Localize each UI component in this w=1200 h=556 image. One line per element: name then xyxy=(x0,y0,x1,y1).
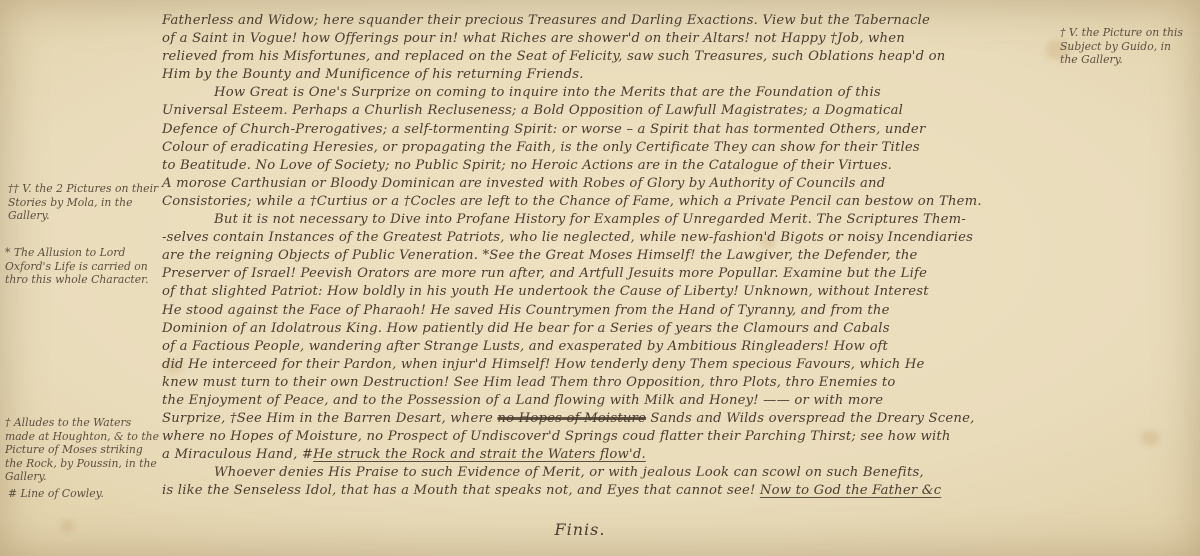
manuscript-page: †† V. the 2 Pictures on their Stories by… xyxy=(0,0,1200,556)
manuscript-line: to Beatitude. No Love of Society; no Pub… xyxy=(162,157,1022,175)
margin-note-mola: †† V. the 2 Pictures on their Stories by… xyxy=(8,182,160,223)
manuscript-line: -selves contain Instances of the Greates… xyxy=(162,229,1022,247)
margin-note-guido: † V. the Picture on this Subject by Guid… xyxy=(1060,26,1192,67)
manuscript-line: relieved from his Misfortunes, and repla… xyxy=(162,48,1022,66)
manuscript-line: He stood against the Face of Pharaoh! He… xyxy=(162,302,1022,320)
manuscript-segment: of a Factious People, wandering after St… xyxy=(162,339,888,354)
manuscript-segment: of a Saint in Vogue! how Offerings pour … xyxy=(162,31,905,46)
manuscript-segment: Whoever denies His Praise to such Eviden… xyxy=(214,465,924,480)
manuscript-segment: Preserver of Israel! Peevish Orators are… xyxy=(162,266,927,281)
manuscript-segment: relieved from his Misfortunes, and repla… xyxy=(162,49,946,64)
foxing-spot xyxy=(60,520,74,532)
manuscript-line: Dominion of an Idolatrous King. How pati… xyxy=(162,320,1022,338)
manuscript-line: of that slighted Patriot: How boldly in … xyxy=(162,283,1022,301)
manuscript-segment: did He interceed for their Pardon, when … xyxy=(162,357,925,372)
manuscript-line: Colour of eradicating Heresies, or propa… xyxy=(162,139,1022,157)
manuscript-segment-struck: no Hopes of Moisture xyxy=(497,411,646,426)
manuscript-segment: A morose Carthusian or Bloody Dominican … xyxy=(162,176,885,191)
manuscript-line: Universal Esteem. Perhaps a Churlish Rec… xyxy=(162,102,1022,120)
margin-note-lord-oxford: * The Allusion to Lord Oxford's Life is … xyxy=(5,246,155,287)
manuscript-segment: where no Hopes of Moisture, no Prospect … xyxy=(162,429,951,444)
manuscript-segment-underline: Now to God the Father &c xyxy=(760,483,941,498)
manuscript-segment: a Miraculous Hand, # xyxy=(162,447,313,462)
manuscript-segment: He stood against the Face of Pharaoh! He… xyxy=(162,303,890,318)
manuscript-line: of a Saint in Vogue! how Offerings pour … xyxy=(162,30,1022,48)
manuscript-line: Defence of Church-Prerogatives; a self-t… xyxy=(162,121,1022,139)
manuscript-segment: Surprize, †See Him in the Barren Desart,… xyxy=(162,411,497,426)
manuscript-segment: of that slighted Patriot: How boldly in … xyxy=(162,284,929,299)
manuscript-segment: are the reigning Objects of Public Vener… xyxy=(162,248,918,263)
manuscript-line: where no Hopes of Moisture, no Prospect … xyxy=(162,428,1022,446)
manuscript-line: But it is not necessary to Dive into Pro… xyxy=(162,211,1022,229)
main-text: Fatherless and Widow; here squander thei… xyxy=(162,12,1022,501)
manuscript-segment: Dominion of an Idolatrous King. How pati… xyxy=(162,321,890,336)
manuscript-segment: Sands and Wilds overspread the Dreary Sc… xyxy=(646,411,974,426)
manuscript-line: of a Factious People, wandering after St… xyxy=(162,338,1022,356)
manuscript-segment: Universal Esteem. Perhaps a Churlish Rec… xyxy=(162,103,903,118)
manuscript-line: Preserver of Israel! Peevish Orators are… xyxy=(162,265,1022,283)
manuscript-line: Fatherless and Widow; here squander thei… xyxy=(162,12,1022,30)
margin-note-cowley: # Line of Cowley. xyxy=(8,487,158,501)
manuscript-line: knew must turn to their own Destruction!… xyxy=(162,374,1022,392)
manuscript-line: is like the Senseless Idol, that has a M… xyxy=(162,482,1022,500)
manuscript-line: did He interceed for their Pardon, when … xyxy=(162,356,1022,374)
manuscript-segment: Colour of eradicating Heresies, or propa… xyxy=(162,140,920,155)
manuscript-line: a Miraculous Hand, #He struck the Rock a… xyxy=(162,446,1022,464)
manuscript-line: A morose Carthusian or Bloody Dominican … xyxy=(162,175,1022,193)
foxing-spot xyxy=(1140,430,1160,446)
margin-note-houghton-poussin: † Alludes to the Waters made at Houghton… xyxy=(5,416,163,484)
manuscript-segment: knew must turn to their own Destruction!… xyxy=(162,375,895,390)
manuscript-line: How Great is One's Surprize on coming to… xyxy=(162,84,1022,102)
manuscript-line: Consistories; while a †Curtius or a †Coc… xyxy=(162,193,1022,211)
manuscript-segment: is like the Senseless Idol, that has a M… xyxy=(162,483,760,498)
manuscript-segment: -selves contain Instances of the Greates… xyxy=(162,230,973,245)
manuscript-line: the Enjoyment of Peace, and to the Posse… xyxy=(162,392,1022,410)
manuscript-segment: to Beatitude. No Love of Society; no Pub… xyxy=(162,158,892,173)
manuscript-line: Whoever denies His Praise to such Eviden… xyxy=(162,464,1022,482)
manuscript-segment: Fatherless and Widow; here squander thei… xyxy=(162,13,930,28)
manuscript-segment: the Enjoyment of Peace, and to the Posse… xyxy=(162,393,883,408)
manuscript-segment: Him by the Bounty and Munificence of his… xyxy=(162,67,584,82)
finis-label: Finis. xyxy=(430,520,730,539)
manuscript-segment: But it is not necessary to Dive into Pro… xyxy=(214,212,966,227)
manuscript-segment-underline: He struck the Rock and strait the Waters… xyxy=(313,447,646,462)
manuscript-line: Him by the Bounty and Munificence of his… xyxy=(162,66,1022,84)
manuscript-line: are the reigning Objects of Public Vener… xyxy=(162,247,1022,265)
manuscript-segment: Consistories; while a †Curtius or a †Coc… xyxy=(162,194,982,209)
manuscript-segment: How Great is One's Surprize on coming to… xyxy=(214,85,881,100)
manuscript-segment: Defence of Church-Prerogatives; a self-t… xyxy=(162,122,925,137)
manuscript-line: Surprize, †See Him in the Barren Desart,… xyxy=(162,410,1022,428)
